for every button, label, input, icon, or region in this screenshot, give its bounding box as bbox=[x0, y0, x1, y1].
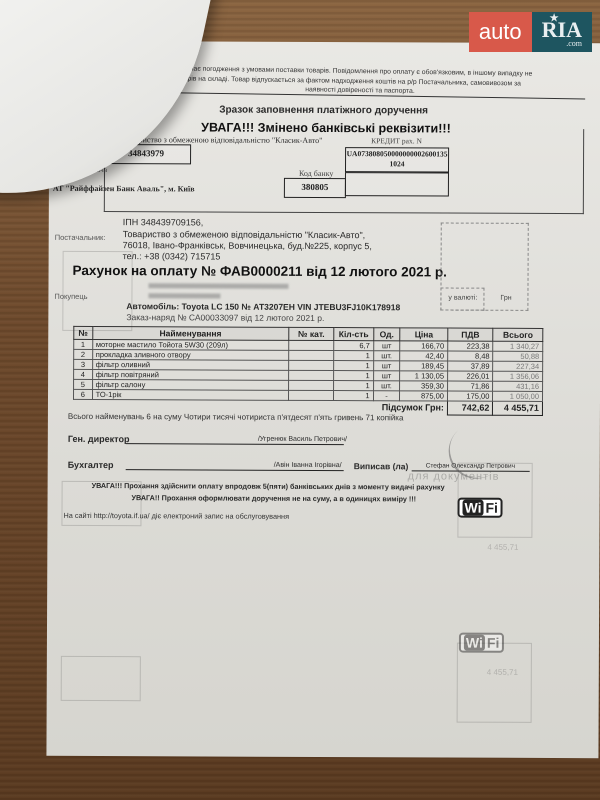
terms-block: …унку означає погодження з умовами поста… bbox=[145, 63, 585, 100]
iban-box: UA073808050000000002600135 1024 bbox=[345, 147, 449, 172]
items-table: № Найменування № кат. Кіл-сть Од. Ціна П… bbox=[73, 326, 543, 416]
bleed-wifi-left: Wi bbox=[464, 635, 485, 651]
row-qty: 1 bbox=[334, 361, 373, 371]
car-details: Автомобіль: Toyota LC 150 № АТ3207ЕН VIN… bbox=[126, 301, 400, 312]
row-total: 227,34 bbox=[493, 361, 543, 371]
accountant-name: /Авін Іванна Ігорівна/ bbox=[274, 462, 342, 469]
row-number: 2 bbox=[74, 349, 93, 359]
row-qty: 1 bbox=[334, 391, 373, 401]
row-qty: 1 bbox=[334, 371, 373, 381]
row-total: 50,88 bbox=[493, 351, 543, 361]
bank-code-label: Код банку bbox=[299, 169, 333, 178]
issued-by-label: Виписав (ла) bbox=[354, 461, 409, 471]
row-price: 875,00 bbox=[400, 391, 448, 401]
row-price: 166,70 bbox=[400, 341, 448, 351]
bleed-through-box bbox=[61, 481, 141, 526]
bleed-through-box bbox=[457, 463, 532, 538]
row-catalog bbox=[288, 360, 333, 370]
row-unit: шт bbox=[373, 361, 400, 371]
redacted-buyer-line-2 bbox=[148, 293, 220, 298]
accountant-signature-line bbox=[126, 469, 344, 471]
row-price: 189,45 bbox=[400, 361, 448, 371]
accountant-label: Бухгалтер bbox=[68, 460, 114, 470]
row-vat: 226,01 bbox=[448, 371, 493, 381]
row-qty: 1 bbox=[334, 351, 373, 361]
row-price: 359,30 bbox=[400, 381, 448, 391]
payment-deadline-notice: УВАГА!!! Прохання здійснити оплату впрод… bbox=[92, 481, 445, 492]
redacted-buyer-line-1 bbox=[148, 283, 288, 289]
row-number: 3 bbox=[74, 359, 93, 369]
row-number: 1 bbox=[74, 339, 93, 349]
iban-line-2: 1024 bbox=[346, 159, 448, 169]
row-vat: 37,89 bbox=[448, 361, 493, 371]
col-unit: Од. bbox=[373, 328, 400, 341]
row-total: 1 356,06 bbox=[493, 371, 543, 381]
work-order: Заказ-наряд № СА00033097 від 12 лютого 2… bbox=[126, 312, 324, 323]
credit-account-label: КРЕДИТ рах. N bbox=[371, 136, 422, 145]
payment-sample-title: Зразок заповнення платіжного доручення bbox=[219, 105, 428, 117]
bleed-through-box bbox=[62, 251, 132, 331]
row-price: 42,40 bbox=[400, 351, 448, 361]
row-unit: шт bbox=[373, 371, 400, 381]
col-vat: ПДВ bbox=[448, 328, 494, 341]
row-name: фільтр салону bbox=[92, 379, 288, 390]
row-vat: 71,86 bbox=[447, 381, 492, 391]
bank-details-warning: УВАГА!!! Змінено банківські реквізити!!! bbox=[201, 120, 451, 135]
row-qty: 6,7 bbox=[334, 341, 373, 351]
bleed-wifi-right: Fi bbox=[487, 635, 500, 651]
logo-domain: .com bbox=[566, 39, 582, 48]
row-name: прокладка зливного отвору bbox=[92, 349, 288, 360]
terms-line-3: наявності довіреності та паспорта. bbox=[305, 86, 415, 95]
director-signature-line bbox=[126, 443, 344, 445]
col-qty: Кіл-сть bbox=[334, 328, 373, 341]
logo-ria-part: ★ RIA .com bbox=[532, 12, 592, 52]
row-total: 1 340,27 bbox=[493, 341, 543, 351]
iban-line-1: UA073808050000000002600135 bbox=[346, 149, 448, 159]
row-total: 431,16 bbox=[493, 381, 543, 391]
row-vat: 223,38 bbox=[448, 341, 493, 351]
row-unit: шт. bbox=[373, 351, 400, 361]
bank-code-box: 380805 bbox=[284, 178, 346, 198]
amount-in-words: Всього найменувань 6 на суму Чотири тися… bbox=[68, 412, 404, 422]
row-catalog bbox=[289, 340, 334, 350]
row-catalog bbox=[288, 390, 333, 400]
row-qty: 1 bbox=[334, 381, 373, 391]
col-total: Всього bbox=[493, 328, 543, 341]
row-catalog bbox=[289, 350, 334, 360]
supplier-ipn: ІПН 348439709156, bbox=[123, 217, 204, 227]
row-catalog bbox=[288, 380, 333, 390]
terms-line-2: …ність товарів на складі. Товар відпуска… bbox=[149, 75, 521, 88]
row-catalog bbox=[288, 370, 333, 380]
currency-value: Грн bbox=[500, 295, 511, 302]
bleed-through-wifi-badge: Wi Fi bbox=[459, 633, 505, 653]
star-icon: ★ bbox=[550, 13, 559, 24]
row-price: 1 130,05 bbox=[400, 371, 448, 381]
col-catalog: № кат. bbox=[289, 327, 335, 340]
row-vat: 175,00 bbox=[447, 391, 492, 401]
row-unit: шт bbox=[373, 341, 400, 351]
director-name: /Угренюк Василь Петрович/ bbox=[258, 436, 347, 443]
bank-name: АТ "Райффайзен Банк Аваль", м. Київ bbox=[53, 184, 195, 194]
units-notice: УВАГА!! Прохання оформлювати доручення н… bbox=[132, 493, 417, 503]
director-label: Ген. директор bbox=[68, 434, 130, 444]
credit-empty-box bbox=[345, 172, 449, 196]
row-name: моторне мастило Тойота 5W30 (209л) bbox=[92, 339, 288, 350]
row-name: фільтр повітряний bbox=[92, 369, 288, 380]
supplier-name: Товариство з обмеженою відповідальністю … bbox=[123, 229, 366, 240]
row-number: 5 bbox=[74, 379, 93, 389]
supplier-address: 76018, Івано-Франківськ, Вовчинецька, бу… bbox=[123, 240, 372, 251]
row-vat: 8,48 bbox=[448, 351, 493, 361]
supplier-label: Постачальник: bbox=[55, 233, 106, 242]
bleed-through-total: 4 455,71 bbox=[487, 543, 518, 552]
row-unit: шт. bbox=[373, 381, 400, 391]
currency-label: у валюті: bbox=[448, 295, 477, 302]
row-unit: - bbox=[373, 391, 400, 401]
bleed-through-box bbox=[61, 656, 141, 701]
autoria-watermark-logo: auto ★ RIA .com bbox=[469, 12, 592, 52]
row-name: фільтр оливний bbox=[92, 359, 288, 370]
bleed-through-box bbox=[457, 643, 532, 723]
row-number: 6 bbox=[73, 389, 92, 399]
bleed-through-total: 4 455,71 bbox=[487, 668, 518, 677]
logo-auto-part: auto bbox=[469, 12, 532, 52]
row-number: 4 bbox=[74, 369, 93, 379]
col-price: Ціна bbox=[400, 328, 448, 341]
supplier-phone: тел.: +38 (0342) 715715 bbox=[123, 251, 221, 261]
